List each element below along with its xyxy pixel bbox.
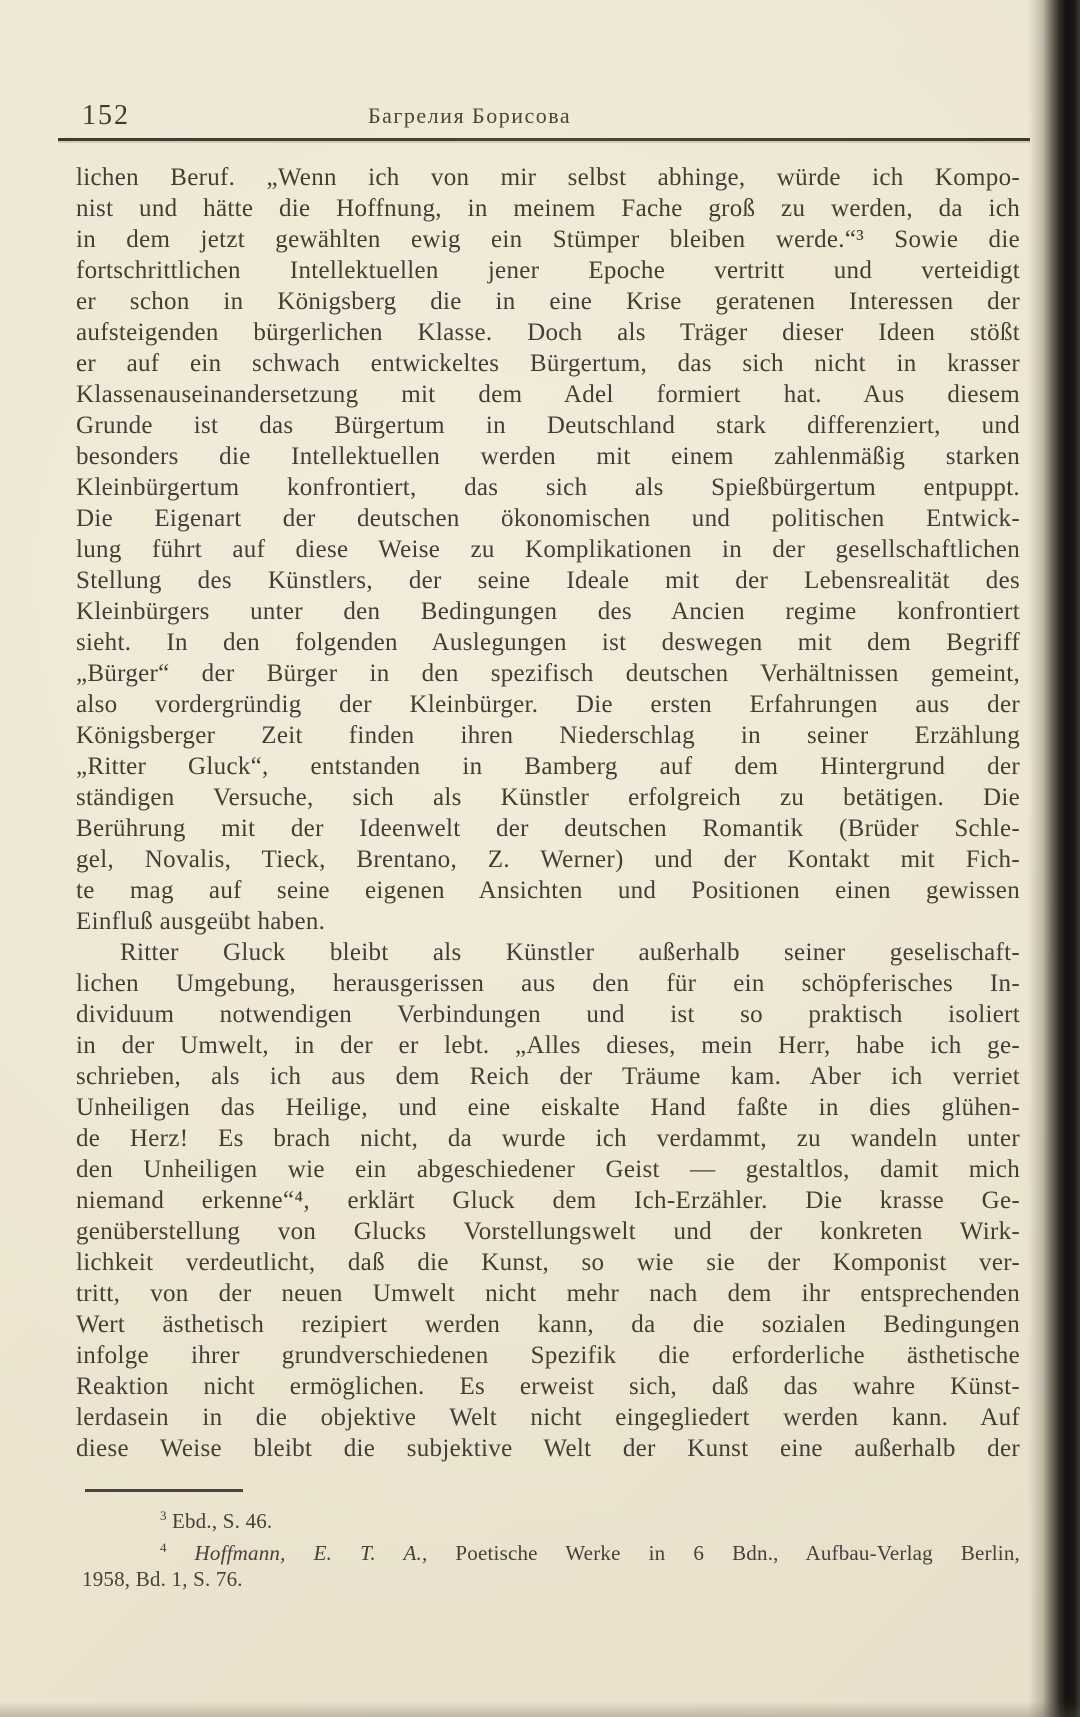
text-line: lung führt auf diese Weise zu Komplikati… <box>76 534 1020 565</box>
footnote-4-text: Poetische Werke in 6 Bdn., Aufbau-Verlag… <box>427 1541 1020 1565</box>
text-line: Klassenauseinandersetzung mit dem Adel f… <box>76 379 1020 410</box>
header-rule <box>58 138 1030 141</box>
text-line: de Herz! Es brach nicht, da wurde ich ve… <box>76 1123 1020 1154</box>
text-line: tritt, von der neuen Umwelt nicht mehr n… <box>76 1278 1020 1309</box>
text-line: Unheiligen das Heilige, und eine eiskalt… <box>76 1092 1020 1123</box>
footnote-3-text: Ebd., S. 46. <box>167 1509 273 1533</box>
text-line: nist und hätte die Hoffnung, in meinem F… <box>76 193 1020 224</box>
text-line: genüberstellung von Glucks Vorstellungsw… <box>76 1216 1020 1247</box>
footnote-4-continuation: 1958, Bd. 1, S. 76. <box>76 1566 1020 1593</box>
text-line: Einfluß ausgeübt haben. <box>76 906 1020 937</box>
book-edge-shadow <box>1028 0 1080 1717</box>
footnote-separator <box>85 1489 243 1492</box>
text-line: in dem jetzt gewählten ewig ein Stümper … <box>76 224 1020 255</box>
text-line: lichkeit verdeutlicht, daß die Kunst, so… <box>76 1247 1020 1278</box>
text-line: Stellung des Künstlers, der seine Ideale… <box>76 565 1020 596</box>
text-line: also vordergründig der Kleinbürger. Die … <box>76 689 1020 720</box>
page-bottom-shadow <box>0 1701 1080 1717</box>
text-line: Wert ästhetisch rezipiert werden kann, d… <box>76 1309 1020 1340</box>
text-line: Ritter Gluck bleibt als Künstler außerha… <box>76 937 1020 968</box>
text-line: gel, Novalis, Tieck, Brentano, Z. Werner… <box>76 844 1020 875</box>
text-line: Grunde ist das Bürgertum in Deutschland … <box>76 410 1020 441</box>
text-line: Kleinbürgertum konfrontiert, das sich al… <box>76 472 1020 503</box>
text-line: lichen Umgebung, herausgerissen aus den … <box>76 968 1020 999</box>
text-line: Berührung mit der Ideenwelt der deutsche… <box>76 813 1020 844</box>
text-line: Kleinbürgers unter den Bedingungen des A… <box>76 596 1020 627</box>
text-line: te mag auf seine eigenen Ansichten und P… <box>76 875 1020 906</box>
text-line: er auf ein schwach entwickeltes Bürgertu… <box>76 348 1020 379</box>
text-line: in der Umwelt, in der er lebt. „Alles di… <box>76 1030 1020 1061</box>
text-line: er schon in Königsberg die in eine Krise… <box>76 286 1020 317</box>
text-line: „Bürger“ der Bürger in den spezifisch de… <box>76 658 1020 689</box>
text-line: sieht. In den folgenden Auslegungen ist … <box>76 627 1020 658</box>
text-line: infolge ihrer grundverschiedenen Spezifi… <box>76 1340 1020 1371</box>
footnotes: 3 Ebd., S. 46. 4 Hoffmann, E. T. A., Poe… <box>76 1503 1020 1593</box>
footnote-4: 4 Hoffmann, E. T. A., Poetische Werke in… <box>76 1535 1020 1567</box>
text-line: Die Eigenart der deutschen ökonomischen … <box>76 503 1020 534</box>
text-line: „Ritter Gluck“, entstanden in Bamberg au… <box>76 751 1020 782</box>
text-line: fortschrittlichen Intellektuellen jener … <box>76 255 1020 286</box>
text-line: niemand erkenne“⁴, erklärt Gluck dem Ich… <box>76 1185 1020 1216</box>
text-line: besonders die Intellektuellen werden mit… <box>76 441 1020 472</box>
text-line: lerdasein in die objektive Welt nicht ei… <box>76 1402 1020 1433</box>
scanned-book-page: 152 Багрелия Борисова lichen Beruf. „Wen… <box>0 0 1080 1717</box>
text-line: aufsteigenden bürgerlichen Klasse. Doch … <box>76 317 1020 348</box>
text-line: dividuum notwendigen Verbindungen und is… <box>76 999 1020 1030</box>
text-line: Königsberger Zeit finden ihren Niedersch… <box>76 720 1020 751</box>
text-line: diese Weise bleibt die subjektive Welt d… <box>76 1433 1020 1464</box>
footnote-3: 3 Ebd., S. 46. <box>76 1503 1020 1535</box>
text-line: Reaktion nicht ermöglichen. Es erweist s… <box>76 1371 1020 1402</box>
body-text: lichen Beruf. „Wenn ich von mir selbst a… <box>76 162 1020 1464</box>
text-line: schrieben, als ich aus dem Reich der Trä… <box>76 1061 1020 1092</box>
footnote-4-author: Hoffmann, E. T. A., <box>167 1541 428 1565</box>
page-number: 152 <box>82 100 130 132</box>
text-line: lichen Beruf. „Wenn ich von mir selbst a… <box>76 162 1020 193</box>
text-line: den Unheiligen wie ein abgeschiedener Ge… <box>76 1154 1020 1185</box>
text-line: ständigen Versuche, sich als Künstler er… <box>76 782 1020 813</box>
running-head: Багрелия Борисова <box>368 103 571 129</box>
